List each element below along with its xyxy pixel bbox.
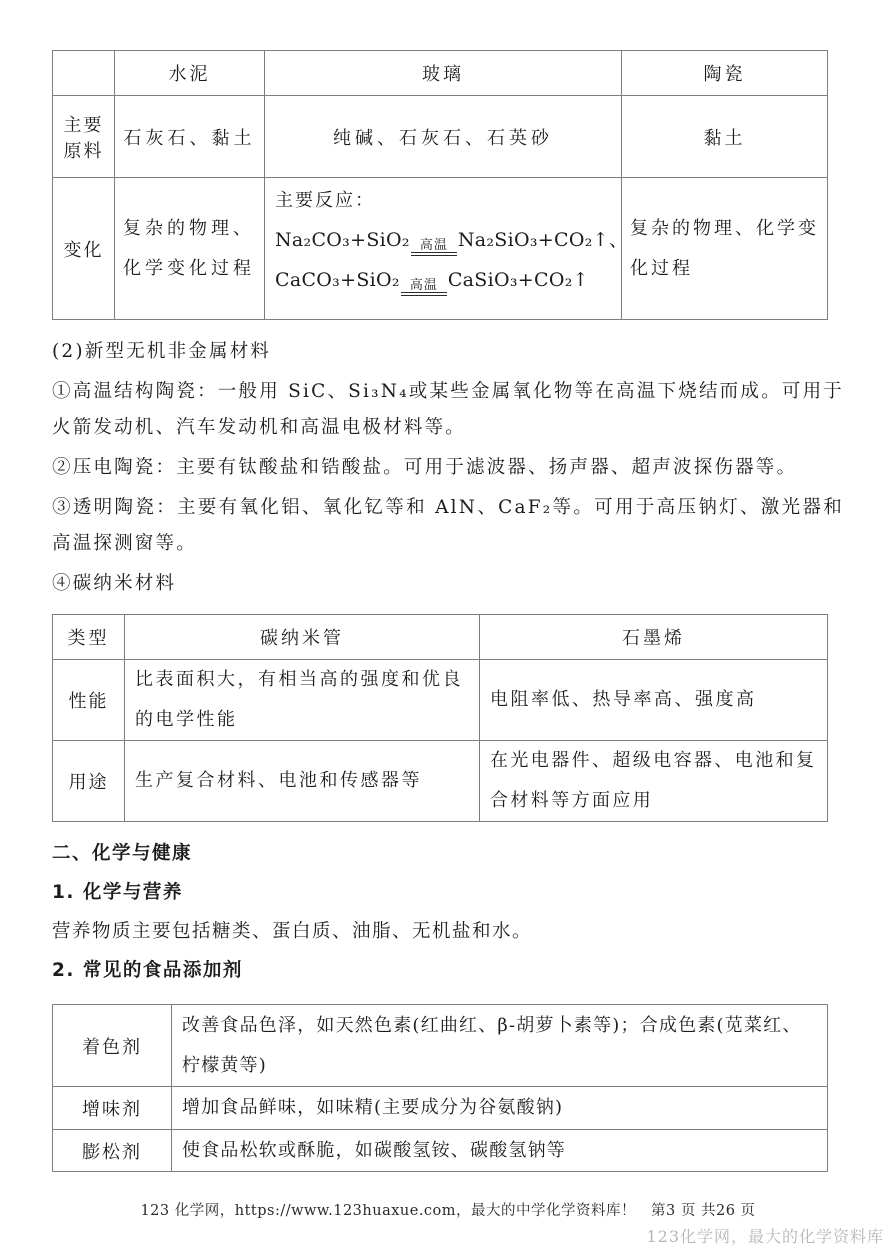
reaction2-left: CaCO₃+SiO₂ xyxy=(275,269,400,291)
materials-table-header-row: 水泥 玻璃 陶瓷 xyxy=(53,51,828,96)
additives-flavor-desc: 增加食品鲜味，如味精(主要成分为谷氨酸钠) xyxy=(172,1087,828,1130)
additives-colorant-desc: 改善食品色泽，如天然色素(红曲红、β-胡萝卜素等)；合成色素(苋菜红、柠檬黄等) xyxy=(172,1005,828,1087)
materials-header-ceramic: 陶瓷 xyxy=(622,51,828,96)
materials-raw-label: 主要原料 xyxy=(53,96,115,178)
materials-change-cement: 复杂的物理、化学变化过程 xyxy=(115,178,265,320)
inorganic-item-1: ①高温结构陶瓷：一般用 SiC、Si₃N₄或某些金属氧化物等在高温下烧结而成。可… xyxy=(52,374,844,446)
additives-title: 2. 常见的食品添加剂 xyxy=(52,953,844,989)
reaction1-condition-label: 高温 xyxy=(420,239,448,252)
reaction-equation-2: CaCO₃+SiO₂高温CaSiO₃+CO₂↑ xyxy=(275,269,611,296)
materials-change-ceramic: 复杂的物理、化学变化过程 xyxy=(622,178,828,320)
inorganic-item-4: ④碳纳米材料 xyxy=(52,566,844,602)
additives-leavening-row: 膨松剂 使食品松软或酥脆，如碳酸氢铵、碳酸氢钠等 xyxy=(53,1130,828,1172)
carbon-use-label: 用途 xyxy=(53,741,125,822)
carbon-use-row: 用途 生产复合材料、电池和传感器等 在光电器件、超级电容器、电池和复合材料等方面… xyxy=(53,741,828,822)
health-section-title: 二、化学与健康 xyxy=(52,836,844,872)
materials-raw-glass: 纯碱、石灰石、石英砂 xyxy=(265,96,622,178)
additives-leavening-desc: 使食品松软或酥脆，如碳酸氢铵、碳酸氢钠等 xyxy=(172,1130,828,1172)
materials-corner-cell xyxy=(53,51,115,96)
nutrition-text: 营养物质主要包括糖类、蛋白质、油脂、无机盐和水。 xyxy=(52,914,844,950)
materials-raw-row: 主要原料 石灰石、黏土 纯碱、石灰石、石英砂 黏土 xyxy=(53,96,828,178)
carbon-header-type: 类型 xyxy=(53,615,125,660)
reaction-heading: 主要反应： xyxy=(275,186,611,212)
reaction-equation-1: Na₂CO₃+SiO₂高温Na₂SiO₃+CO₂↑、 xyxy=(275,225,611,256)
inorganic-item-2: ②压电陶瓷：主要有钛酸盐和锆酸盐。可用于滤波器、扬声器、超声波探伤器等。 xyxy=(52,450,844,486)
inorganic-section-title: (2)新型无机非金属材料 xyxy=(52,334,844,370)
carbon-use-nanotube: 生产复合材料、电池和传感器等 xyxy=(125,741,480,822)
materials-header-glass: 玻璃 xyxy=(265,51,622,96)
carbon-header-graphene: 石墨烯 xyxy=(480,615,828,660)
carbon-use-graphene: 在光电器件、超级电容器、电池和复合材料等方面应用 xyxy=(480,741,828,822)
materials-header-cement: 水泥 xyxy=(115,51,265,96)
carbon-table-header-row: 类型 碳纳米管 石墨烯 xyxy=(53,615,828,660)
health-section: 二、化学与健康 1. 化学与营养 营养物质主要包括糖类、蛋白质、油脂、无机盐和水… xyxy=(52,836,844,989)
reaction2-condition-label: 高温 xyxy=(410,279,438,292)
additives-flavor-label: 增味剂 xyxy=(53,1087,172,1130)
materials-change-label: 变化 xyxy=(53,178,115,320)
inorganic-section: (2)新型无机非金属材料 ①高温结构陶瓷：一般用 SiC、Si₃N₄或某些金属氧… xyxy=(52,334,844,602)
reaction1-left: Na₂CO₃+SiO₂ xyxy=(275,229,410,251)
carbon-header-nanotube: 碳纳米管 xyxy=(125,615,480,660)
additives-colorant-row: 着色剂 改善食品色泽，如天然色素(红曲红、β-胡萝卜素等)；合成色素(苋菜红、柠… xyxy=(53,1005,828,1087)
materials-raw-cement: 石灰石、黏土 xyxy=(115,96,265,178)
additives-flavor-row: 增味剂 增加食品鲜味，如味精(主要成分为谷氨酸钠) xyxy=(53,1087,828,1130)
nutrition-title: 1. 化学与营养 xyxy=(52,875,844,911)
reaction1-condition: 高温 xyxy=(411,239,457,256)
materials-raw-ceramic: 黏土 xyxy=(622,96,828,178)
carbon-performance-graphene: 电阻率低、热导率高、强度高 xyxy=(480,660,828,741)
materials-change-glass: 主要反应： Na₂CO₃+SiO₂高温Na₂SiO₃+CO₂↑、 CaCO₃+S… xyxy=(265,178,622,320)
watermark: 123化学网，最大的化学资料库 xyxy=(646,1224,884,1247)
document-page: 水泥 玻璃 陶瓷 主要原料 石灰石、黏土 纯碱、石灰石、石英砂 黏土 变化 复杂… xyxy=(0,0,888,1255)
carbon-performance-nanotube: 比表面积大，有相当高的强度和优良的电学性能 xyxy=(125,660,480,741)
additives-colorant-label: 着色剂 xyxy=(53,1005,172,1087)
page-footer: 123 化学网，https://www.123huaxue.com，最大的中学化… xyxy=(52,1199,844,1220)
carbon-performance-label: 性能 xyxy=(53,660,125,741)
inorganic-item-3: ③透明陶瓷：主要有氧化铝、氧化钇等和 AlN、CaF₂等。可用于高压钠灯、激光器… xyxy=(52,490,844,562)
materials-change-row: 变化 复杂的物理、化学变化过程 主要反应： Na₂CO₃+SiO₂高温Na₂Si… xyxy=(53,178,828,320)
reaction2-condition: 高温 xyxy=(401,279,447,296)
carbon-performance-row: 性能 比表面积大，有相当高的强度和优良的电学性能 电阻率低、热导率高、强度高 xyxy=(53,660,828,741)
carbon-table: 类型 碳纳米管 石墨烯 性能 比表面积大，有相当高的强度和优良的电学性能 电阻率… xyxy=(52,614,828,822)
additives-table: 着色剂 改善食品色泽，如天然色素(红曲红、β-胡萝卜素等)；合成色素(苋菜红、柠… xyxy=(52,1004,828,1172)
materials-table: 水泥 玻璃 陶瓷 主要原料 石灰石、黏土 纯碱、石灰石、石英砂 黏土 变化 复杂… xyxy=(52,50,828,320)
reaction1-right: Na₂SiO₃+CO₂↑、 xyxy=(458,229,628,251)
additives-leavening-label: 膨松剂 xyxy=(53,1130,172,1172)
reaction2-right: CaSiO₃+CO₂↑ xyxy=(448,269,589,291)
